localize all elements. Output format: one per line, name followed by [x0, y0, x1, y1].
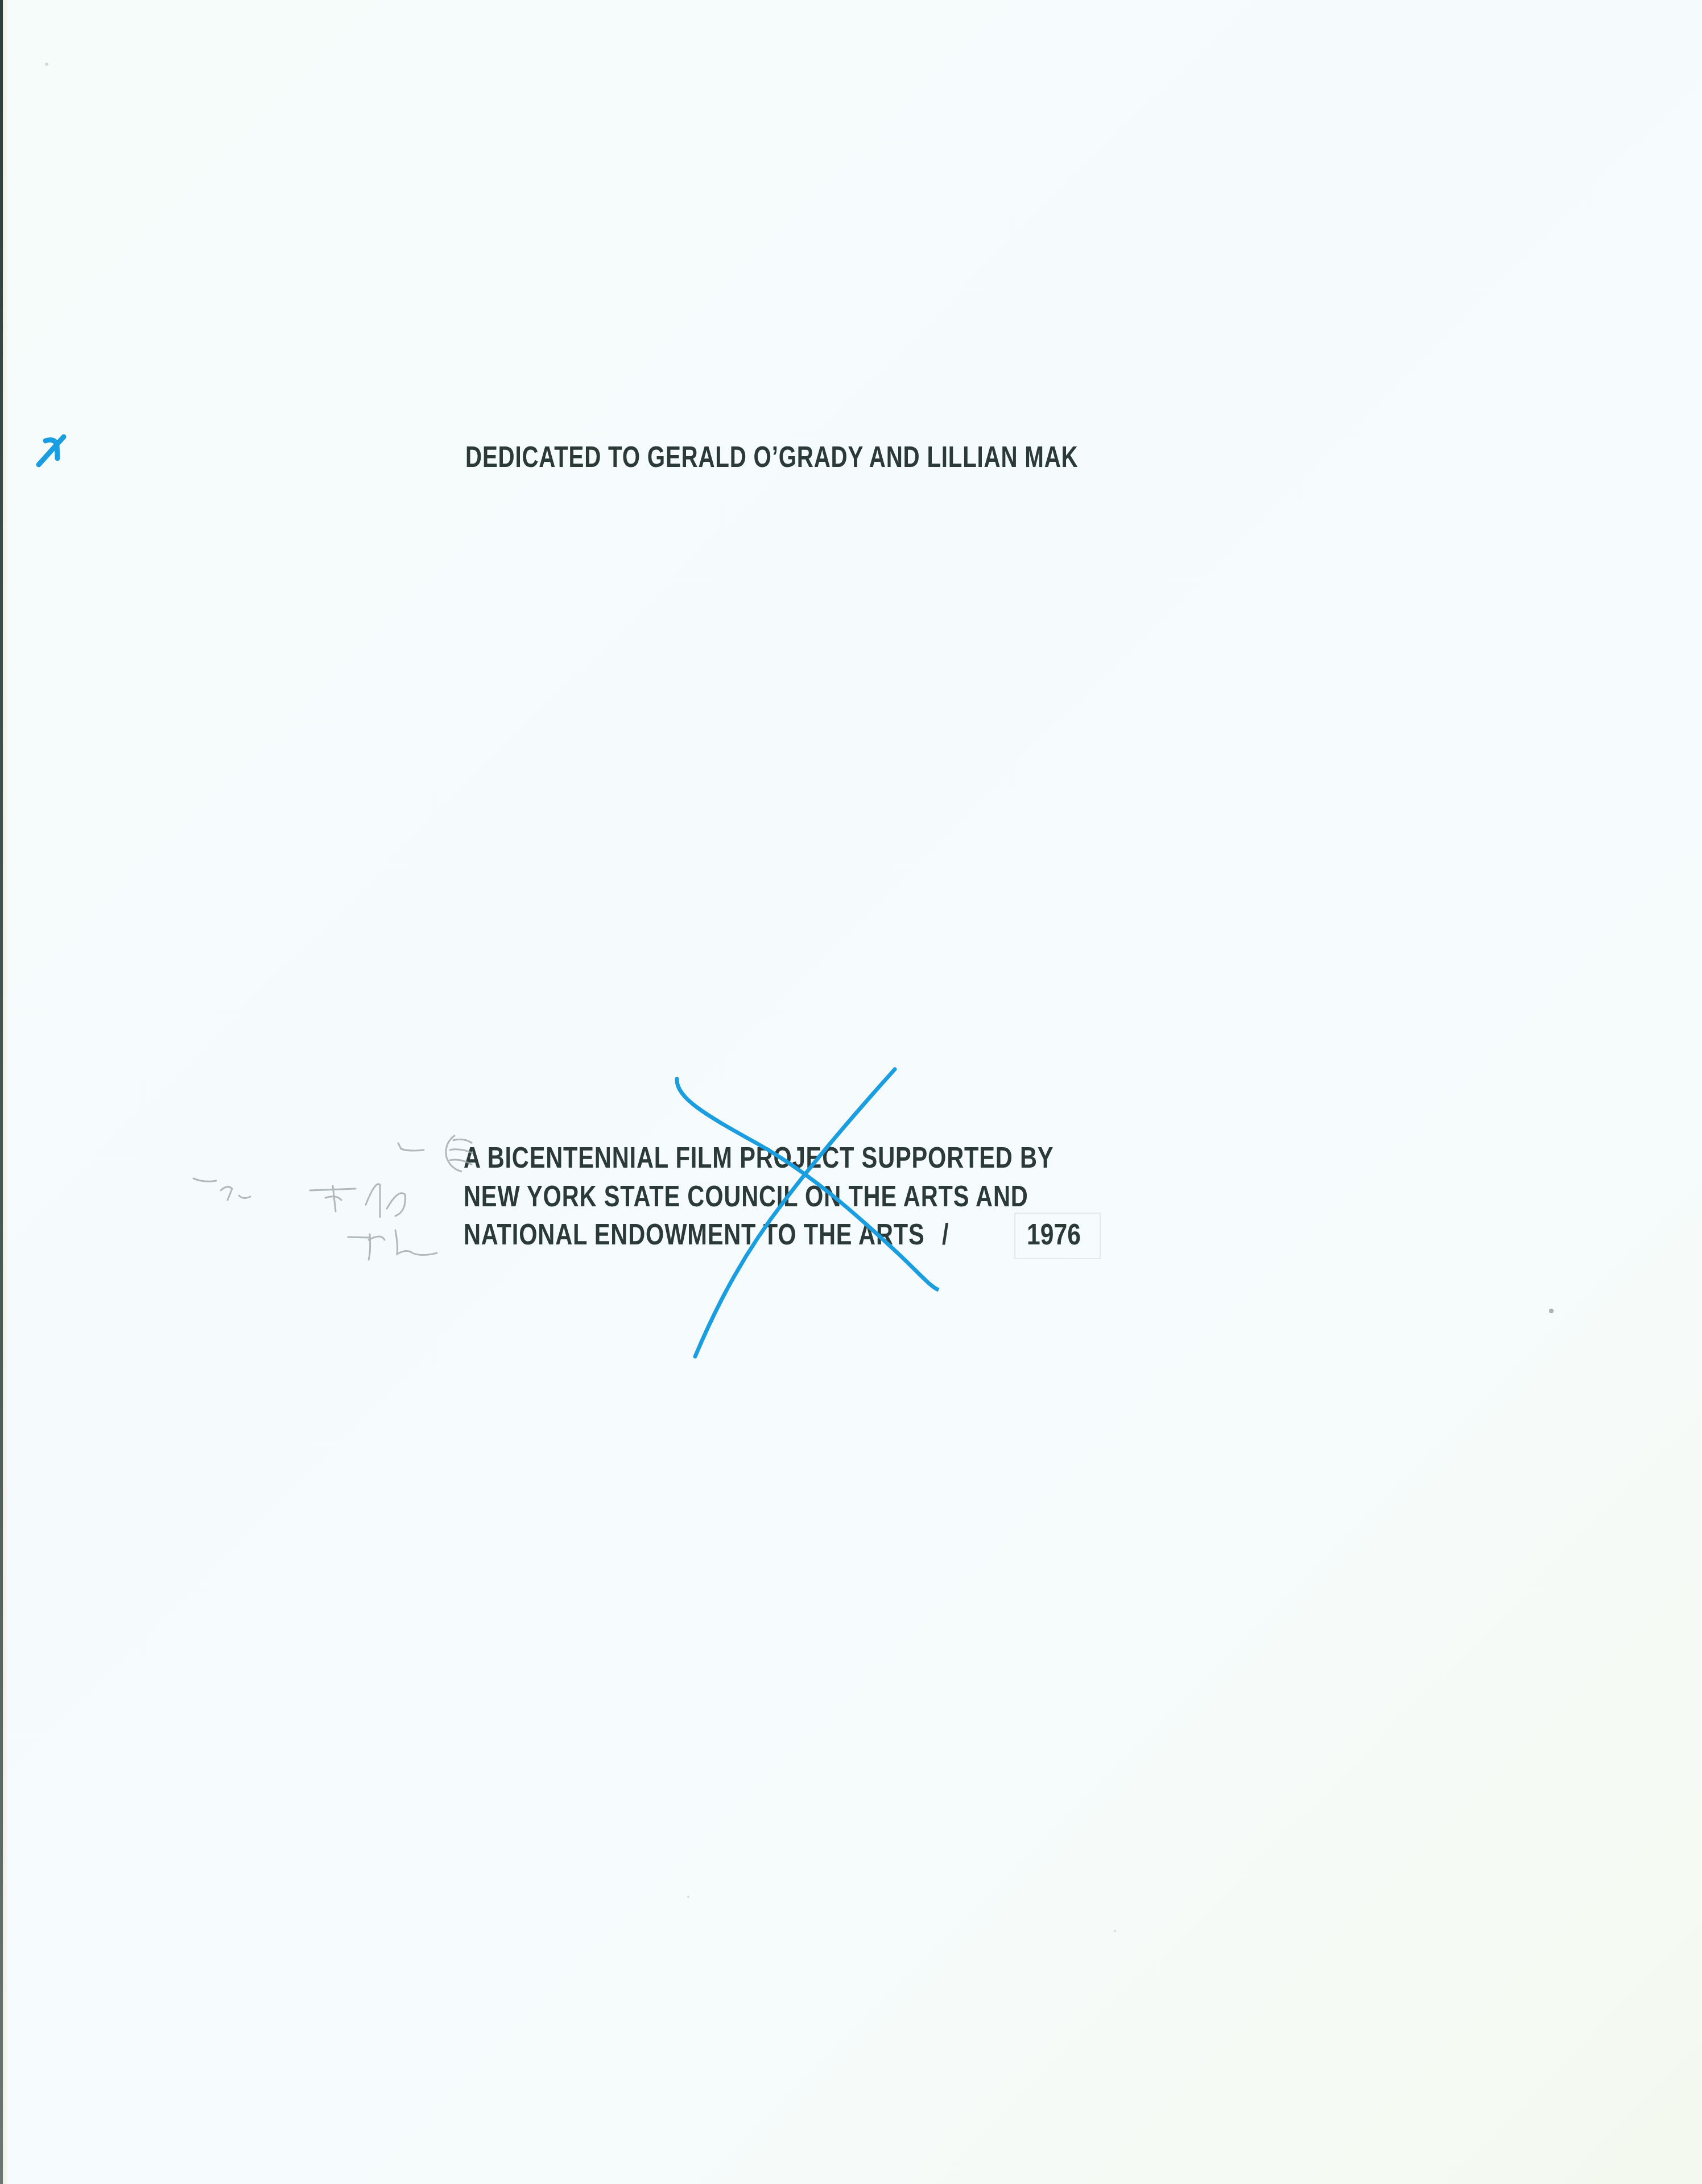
dust-speck — [45, 63, 48, 66]
dust-speck — [687, 1896, 689, 1898]
credit-line-3: NATIONAL ENDOWMENT TO THE ARTS/ — [464, 1220, 959, 1250]
dust-speck — [1549, 1309, 1554, 1313]
credit-line-2: NEW YORK STATE COUNCIL ON THE ARTS AND — [464, 1182, 1028, 1211]
credit-line-3-text: NATIONAL ENDOWMENT TO THE ARTS — [464, 1218, 925, 1251]
annotation-layer — [0, 0, 1702, 2184]
page-edge-highlight — [3, 0, 9, 2184]
year-text: 1976 — [1027, 1220, 1081, 1250]
credit-line-1: A BICENTENNIAL FILM PROJECT SUPPORTED BY — [464, 1143, 1054, 1173]
separator-slash: / — [942, 1220, 949, 1250]
dust-speck — [1114, 1930, 1116, 1932]
blue-check-mark-icon — [39, 437, 64, 465]
pencil-handwriting-icon — [193, 1143, 437, 1260]
dedication-text: DEDICATED TO GERALD O’GRADY AND LILLIAN … — [465, 442, 1078, 472]
